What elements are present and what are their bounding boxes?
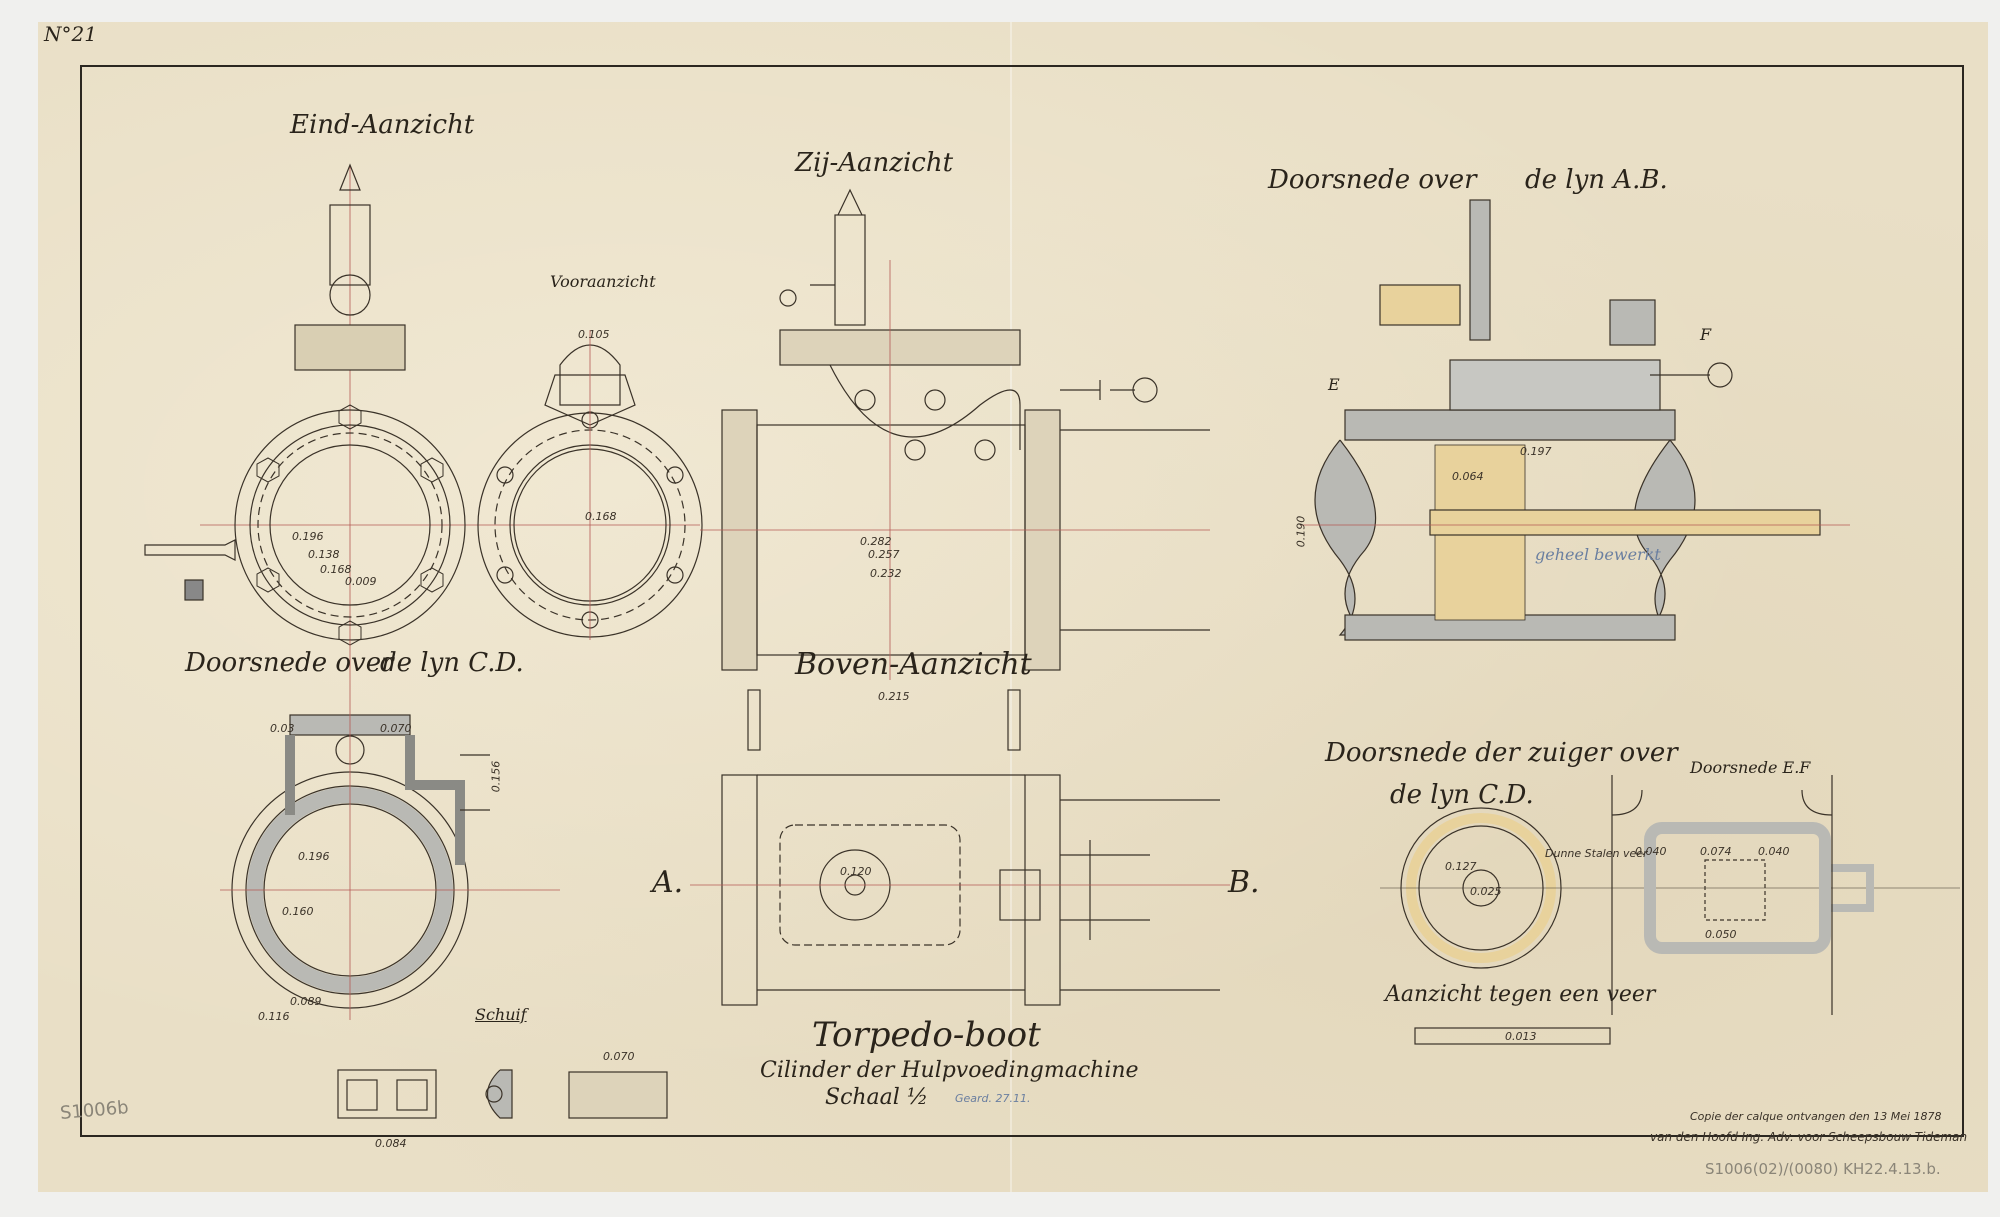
scale-note: Geard. 27.11.	[955, 1092, 1031, 1105]
dim-top-0: 0.215	[878, 690, 910, 703]
copy-note-line-2: van den Hoofd Ing. Adv. voor Scheepsbouw…	[1650, 1130, 1967, 1144]
note-ring: Dunne Stalen veer	[1545, 847, 1648, 860]
dim-slide-10: 0.070	[603, 1050, 635, 1063]
dim-top-2: 0.120	[840, 865, 872, 878]
dim-ef-2: 0.074	[1700, 845, 1732, 858]
dim-piston-0: 0.127	[1445, 860, 1477, 873]
dim-ef-3: 0.040	[1758, 845, 1790, 858]
label-section-ab-right: de lyn A.B.	[1525, 165, 1668, 195]
dim-end-1: 0.138	[308, 548, 340, 561]
dim-piston-3: 0.013	[1505, 1030, 1537, 1043]
section-cd-drawing	[220, 640, 560, 1020]
side-view-drawing	[700, 190, 1210, 680]
dim-cd-7: 0.196	[298, 850, 330, 863]
marker-b: B.	[1228, 865, 1260, 900]
top-view-drawing	[690, 690, 1230, 1005]
dim-cd-9: 0.160	[282, 905, 314, 918]
dim-end-3: 0.009	[345, 575, 377, 588]
drawing-subtitle: Cilinder der Hulpvoedingmachine	[760, 1058, 1139, 1083]
dim-piston-1: 0.025	[1470, 885, 1502, 898]
dim-ab-1: 0.197	[1520, 445, 1552, 458]
section-ef-drawing	[1612, 775, 1870, 1015]
slide-drawing	[338, 1070, 667, 1118]
label-spring-view: Aanzicht tegen een veer	[1385, 982, 1655, 1007]
marker-f: F	[1700, 325, 1711, 344]
dim-ef-1: 0.040	[1635, 845, 1667, 858]
archive-reference: S1006(02)/(0080) KH22.4.13.b.	[1705, 1160, 1941, 1178]
label-side-view: Zij-Aanzicht	[795, 148, 953, 178]
marker-e: E	[1328, 375, 1340, 394]
dim-slide-5: 0.084	[375, 1137, 407, 1150]
front-view-drawing	[478, 330, 702, 640]
dim-ab-11: 0.190	[1294, 516, 1307, 548]
section-ab-drawing	[1300, 200, 1850, 640]
label-section-cd-left: Doorsnede over	[185, 648, 394, 678]
dim-ef-7: 0.050	[1705, 928, 1737, 941]
label-slide: Schuif	[475, 1005, 527, 1024]
piston-drawing	[1380, 808, 1960, 1044]
dim-cd-1: 0.070	[380, 722, 412, 735]
drawing-scale: Schaal ½	[825, 1085, 928, 1110]
copy-note-line-1: Copie der calque ontvangen den 13 Mei 18…	[1690, 1110, 1942, 1123]
label-piston-section-2: de lyn C.D.	[1390, 780, 1534, 810]
label-end-view: Eind-Aanzicht	[290, 110, 474, 140]
sheet-number: N°21	[44, 22, 97, 46]
dim-side-0: 0.282	[860, 535, 892, 548]
dim-ab-0: 0.064	[1452, 470, 1484, 483]
dim-end-0: 0.196	[292, 530, 324, 543]
label-top-view: Boven-Aanzicht	[795, 647, 1032, 682]
dim-side-1: 0.257	[868, 548, 900, 561]
dim-cd-13: 0.116	[258, 1010, 290, 1023]
dim-front-0: 0.105	[578, 328, 610, 341]
marker-a: A.	[652, 865, 683, 900]
note-machined: geheel bewerkt	[1535, 545, 1661, 564]
dim-side-2: 0.232	[870, 567, 902, 580]
dim-cd-12: 0.089	[290, 995, 322, 1008]
drawing-title: Torpedo-boot	[812, 1015, 1041, 1055]
label-section-ef: Doorsnede E.F	[1690, 758, 1810, 777]
label-section-cd-right: de lyn C.D.	[380, 648, 524, 678]
dim-cd-0: 0.03	[270, 722, 295, 735]
dim-cd-4: 0.156	[489, 761, 502, 793]
dim-front-3: 0.168	[585, 510, 617, 523]
label-front-view: Vooraanzicht	[550, 272, 656, 291]
label-piston-section-1: Doorsnede der zuiger over	[1325, 738, 1678, 768]
label-section-ab-left: Doorsnede over	[1268, 165, 1477, 195]
